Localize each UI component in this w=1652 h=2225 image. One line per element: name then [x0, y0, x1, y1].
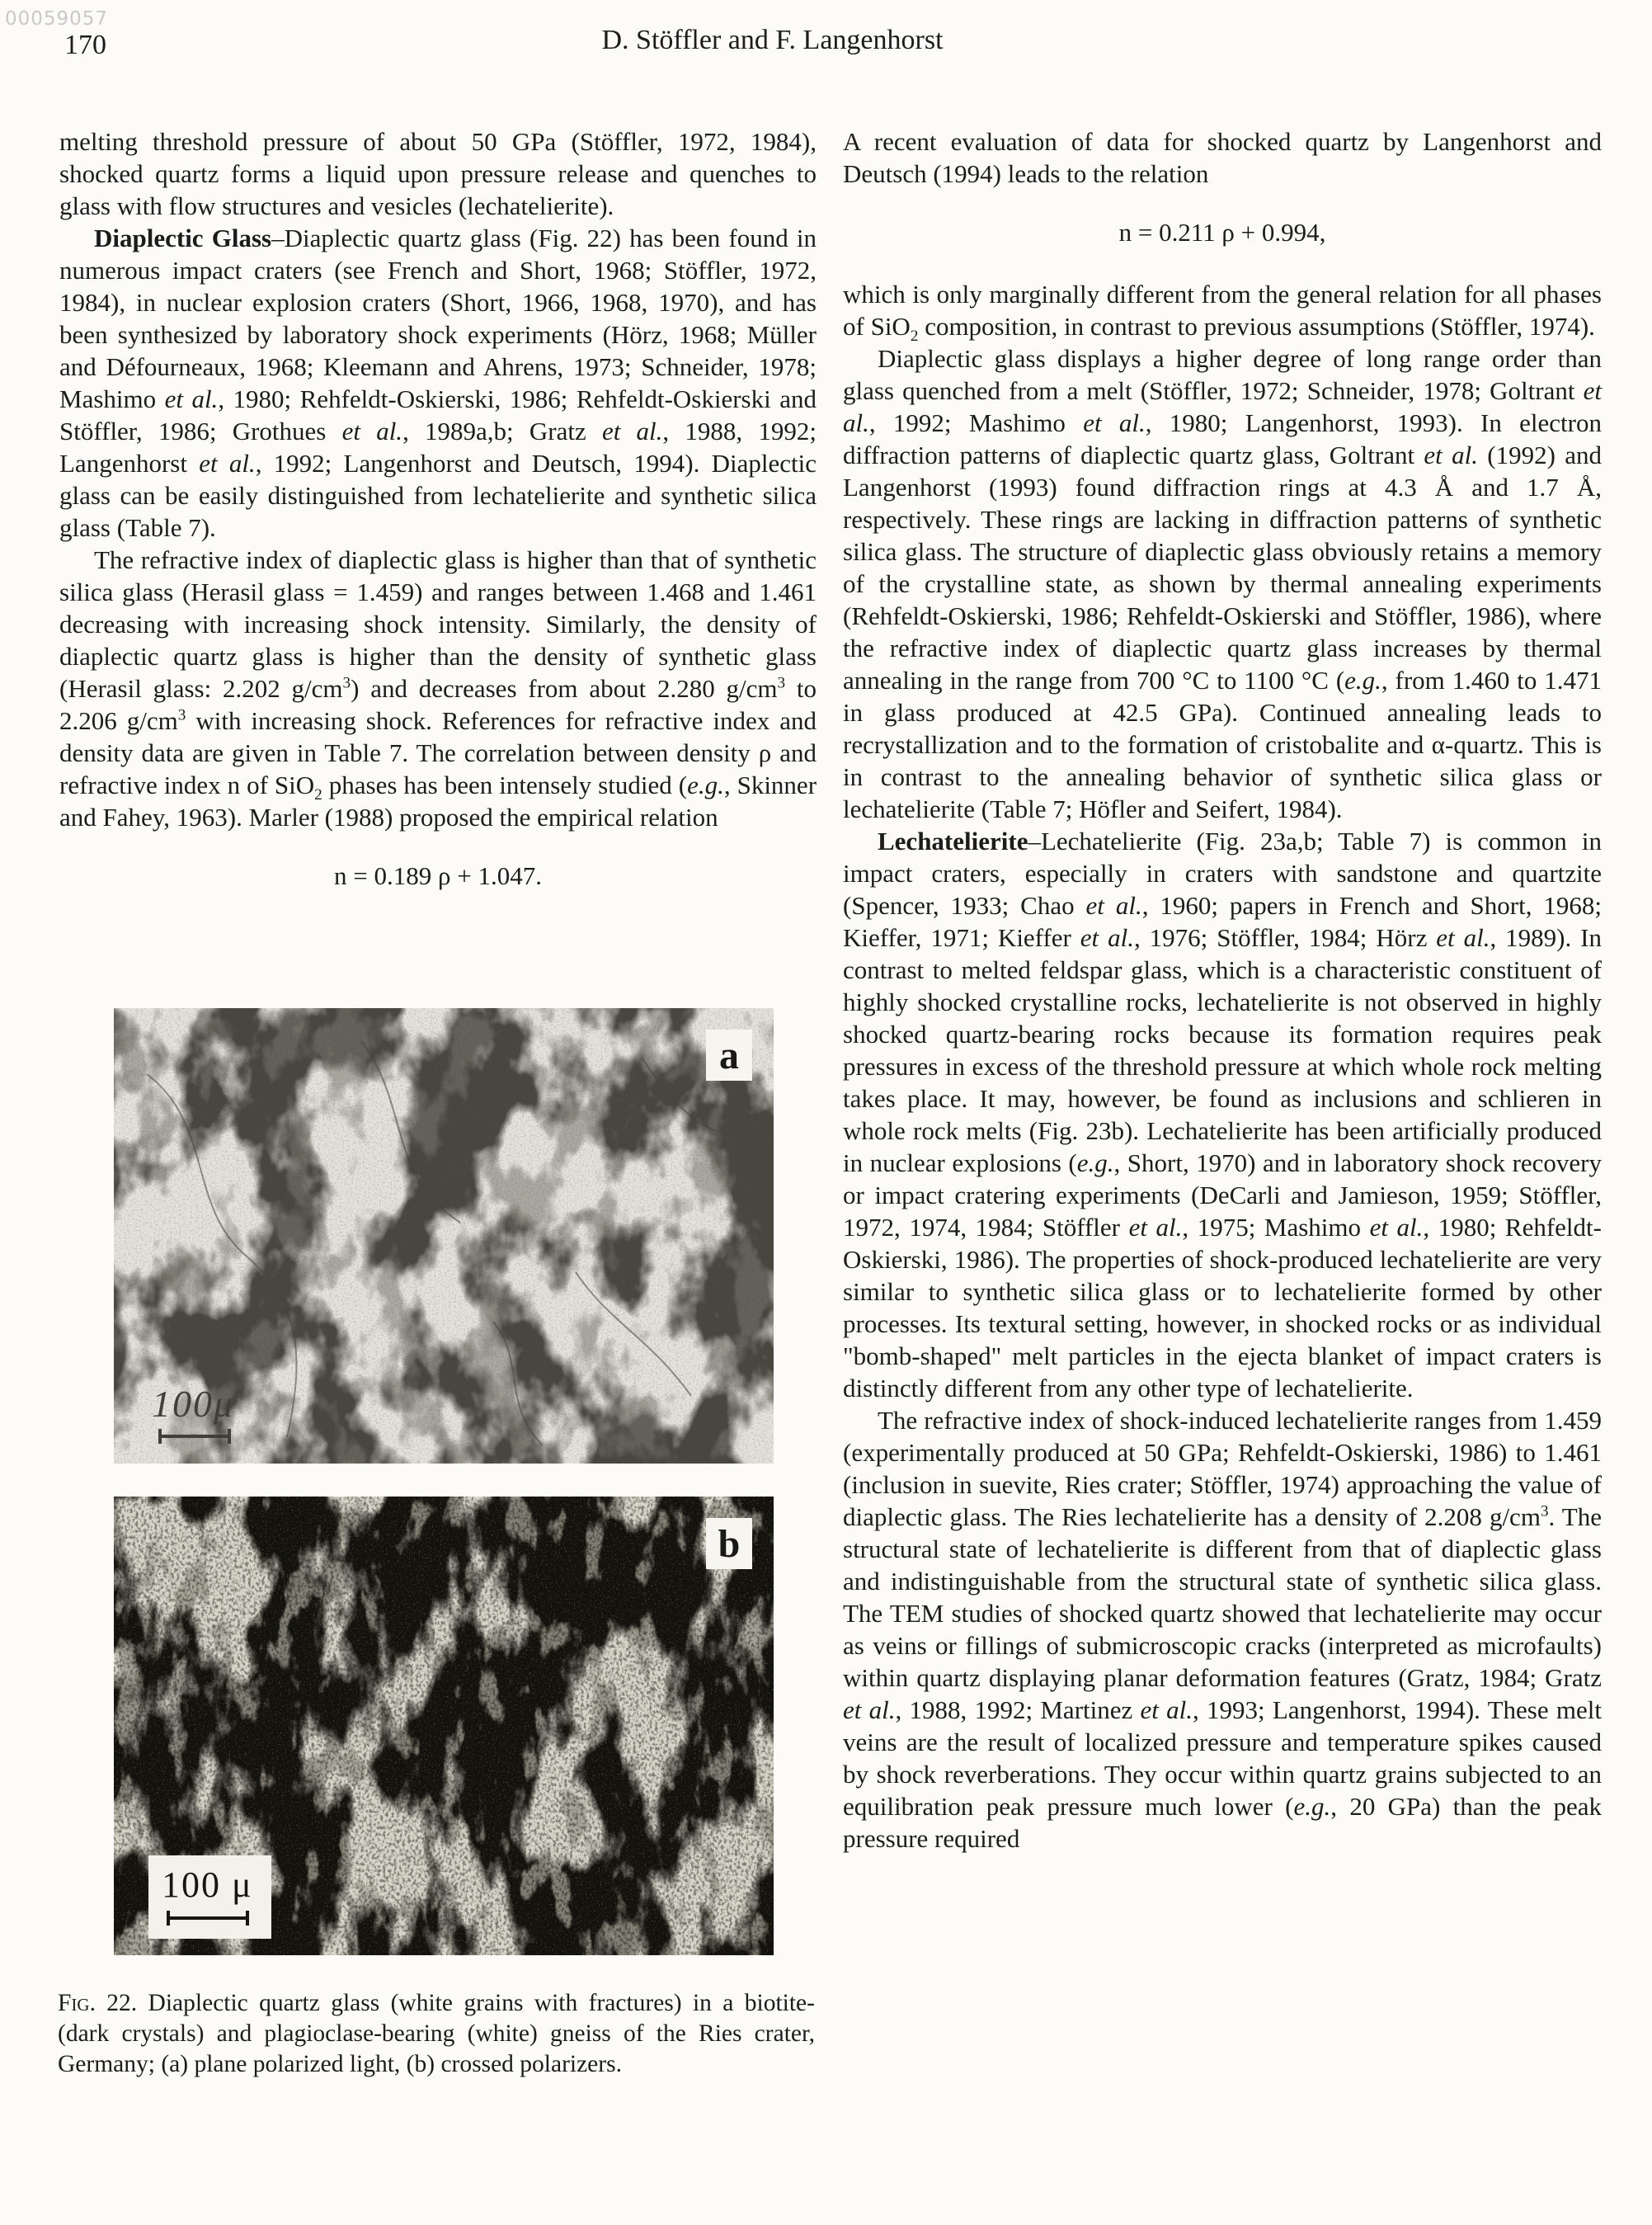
panel-label-a: a — [706, 1030, 752, 1081]
scale-bar-a-label: 100μ — [152, 1382, 234, 1426]
paragraph-refractive-index: The refractive index of diaplectic glass… — [59, 544, 817, 833]
panel-label-b: b — [706, 1518, 752, 1569]
figure-22-caption: Fig. 22. Diaplectic quartz glass (white … — [58, 1988, 815, 2080]
running-head: D. Stöffler and F. Langenhorst — [0, 25, 1545, 56]
paragraph-long-range-order: Diaplectic glass displays a higher degre… — [843, 342, 1602, 825]
paragraph-marginally-different: which is only marginally different from … — [843, 278, 1602, 342]
equation-langenhorst-deutsch: n = 0.211 ρ + 0.994, — [843, 216, 1602, 248]
scale-bar-b: 100 μ — [148, 1855, 271, 1939]
equation-marler: n = 0.189 ρ + 1.047. — [59, 860, 817, 892]
scale-bar-a: 100μ — [152, 1382, 234, 1444]
paragraph-lechatelierite: Lechatelierite–Lechatelierite (Fig. 23a,… — [843, 825, 1602, 1404]
scanned-paper-page: 00059057 170 D. Stöffler and F. Langenho… — [0, 0, 1652, 2225]
photomicrograph-a: a 100μ — [114, 1008, 774, 1464]
scale-bar-a-rule — [158, 1429, 231, 1444]
photomicrograph-b: b 100 μ — [114, 1497, 774, 1955]
paragraph-diaplectic-glass: Diaplectic Glass–Diaplectic quartz glass… — [59, 222, 817, 544]
right-column: A recent evaluation of data for shocked … — [843, 125, 1602, 1855]
paragraph-recent-evaluation: A recent evaluation of data for shocked … — [843, 125, 1602, 190]
paragraph-melting-threshold: melting threshold pressure of about 50 G… — [59, 125, 817, 222]
scale-bar-b-rule — [167, 1911, 249, 1926]
scale-bar-b-label: 100 μ — [162, 1864, 253, 1906]
left-column: melting threshold pressure of about 50 G… — [59, 125, 817, 922]
paragraph-shock-induced-lechatelierite: The refractive index of shock-induced le… — [843, 1404, 1602, 1855]
